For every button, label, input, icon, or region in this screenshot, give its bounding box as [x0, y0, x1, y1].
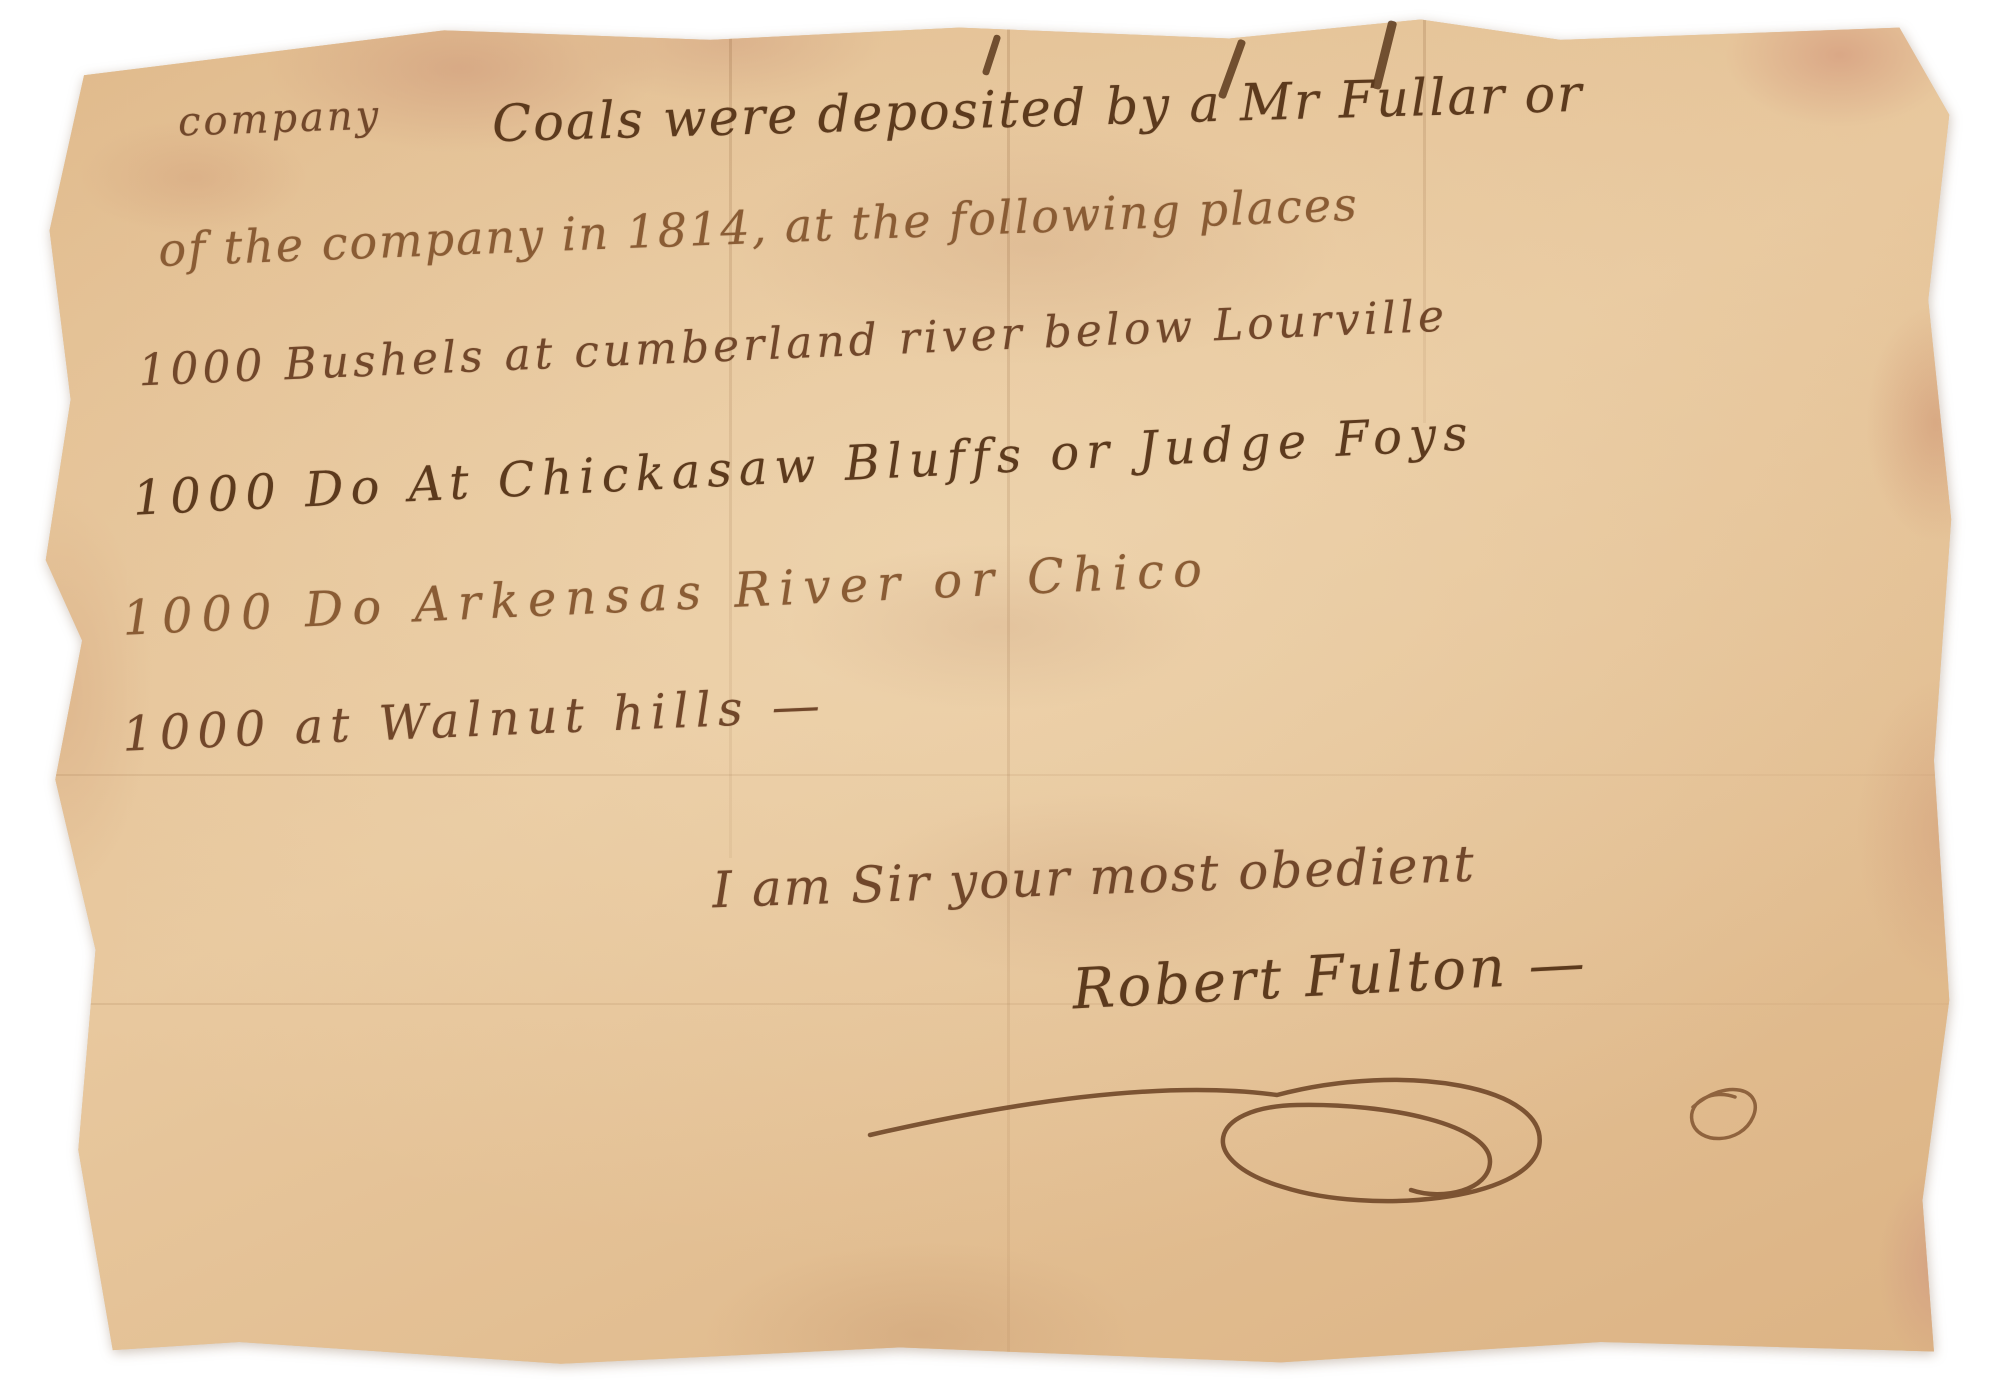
signature-flourish — [845, 1015, 1785, 1225]
horizontal-crease — [40, 1003, 1955, 1005]
handwritten-word-company: company — [177, 92, 382, 145]
horizontal-crease — [40, 774, 1955, 776]
photo-of-letter: company Coals were deposited by a Mr Ful… — [0, 0, 2000, 1391]
